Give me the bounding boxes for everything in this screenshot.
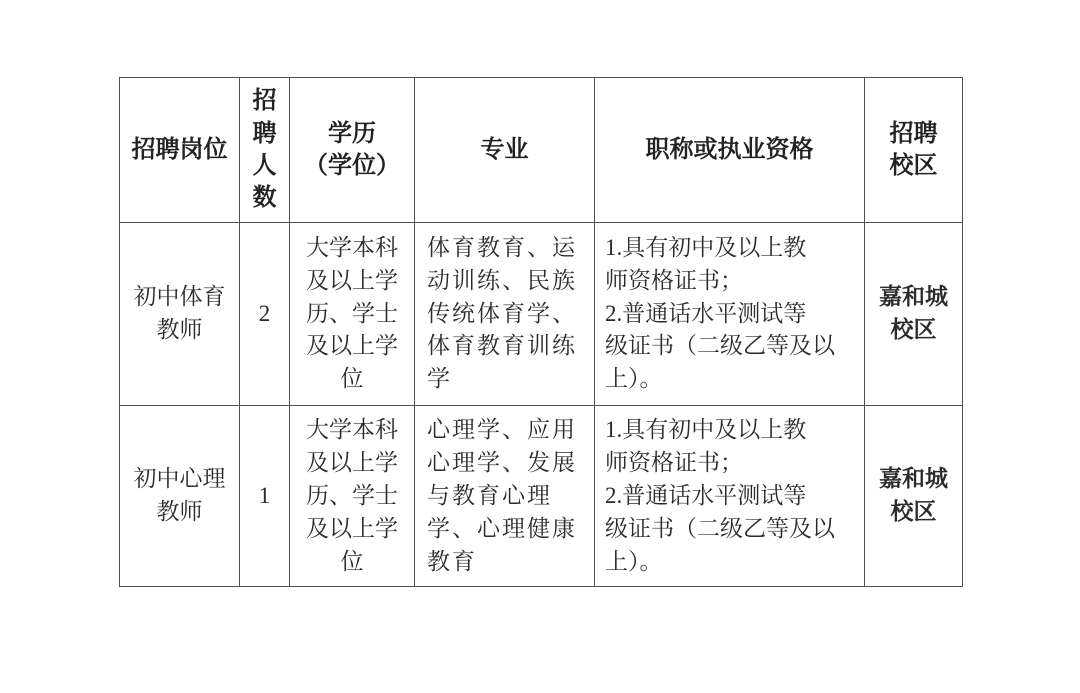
header-major: 专业 — [415, 78, 595, 223]
table-row: 初中心理 教师 1 大学本科 及以上学 历、学士 及以上学 位 心理学、应用 心… — [120, 406, 963, 587]
education-cell: 大学本科 及以上学 历、学士 及以上学 位 — [290, 223, 415, 406]
header-education: 学历 （学位） — [290, 78, 415, 223]
campus-cell: 嘉和城 校区 — [865, 223, 963, 406]
table-header-row: 招聘岗位 招 聘 人 数 学历 （学位） 专业 职称或执业资格 招聘 校区 — [120, 78, 963, 223]
major-cell: 心理学、应用 心理学、发展 与教育心理 学、心理健康 教育 — [415, 406, 595, 587]
headcount-cell: 2 — [240, 223, 290, 406]
header-position: 招聘岗位 — [120, 78, 240, 223]
header-headcount: 招 聘 人 数 — [240, 78, 290, 223]
document-page: 招聘岗位 招 聘 人 数 学历 （学位） 专业 职称或执业资格 招聘 校区 初中… — [0, 0, 1080, 693]
qualifications-cell: 1.具有初中及以上教 师资格证书； 2.普通话水平测试等 级证书（二级乙等及以 … — [595, 406, 865, 587]
header-campus: 招聘 校区 — [865, 78, 963, 223]
education-cell: 大学本科 及以上学 历、学士 及以上学 位 — [290, 406, 415, 587]
header-qualifications: 职称或执业资格 — [595, 78, 865, 223]
position-cell: 初中心理 教师 — [120, 406, 240, 587]
major-cell: 体育教育、运 动训练、民族 传统体育学、 体育教育训练 学 — [415, 223, 595, 406]
headcount-cell: 1 — [240, 406, 290, 587]
recruitment-table: 招聘岗位 招 聘 人 数 学历 （学位） 专业 职称或执业资格 招聘 校区 初中… — [119, 77, 963, 587]
table-row: 初中体育 教师 2 大学本科 及以上学 历、学士 及以上学 位 体育教育、运 动… — [120, 223, 963, 406]
qualifications-cell: 1.具有初中及以上教 师资格证书； 2.普通话水平测试等 级证书（二级乙等及以 … — [595, 223, 865, 406]
campus-cell: 嘉和城 校区 — [865, 406, 963, 587]
position-cell: 初中体育 教师 — [120, 223, 240, 406]
